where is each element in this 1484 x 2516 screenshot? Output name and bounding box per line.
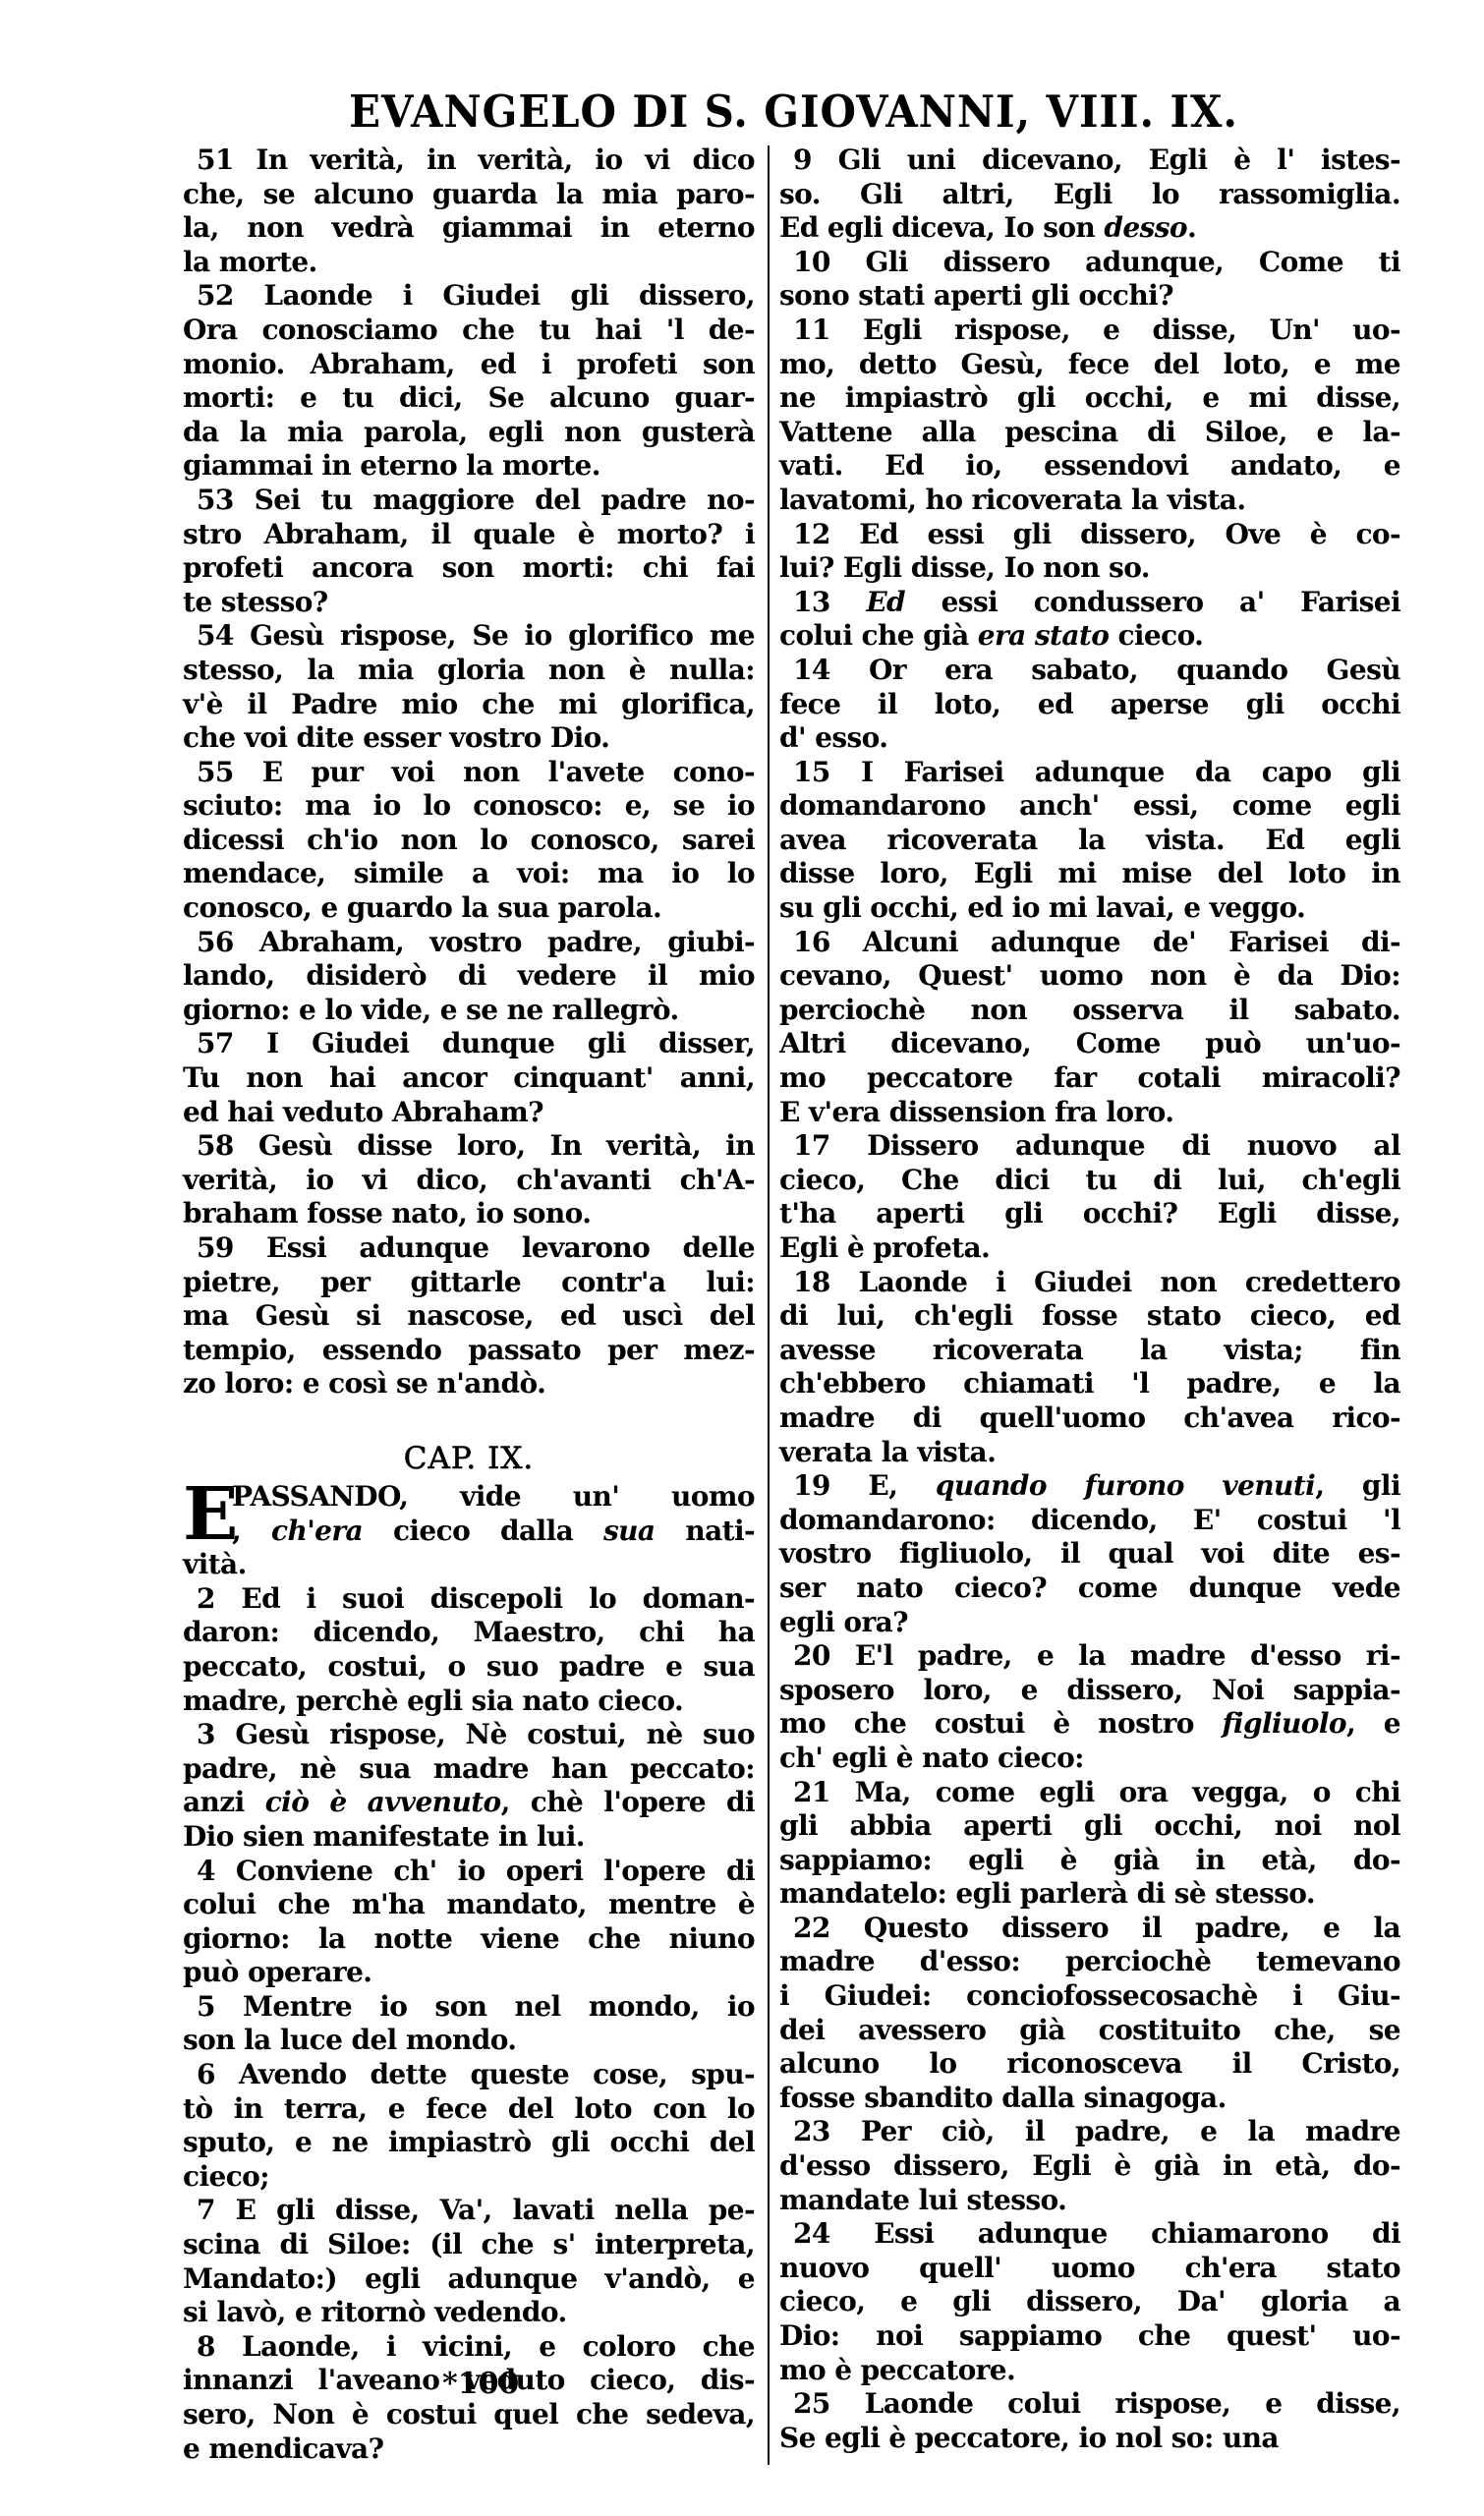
text-line: disse loro, Egli mi mise del loto in [779, 857, 1400, 891]
text-line: 54 Gesù rispose, Se io glorifico me [183, 619, 755, 654]
text-line: sciuto: ma io lo conosco: e, se io [183, 789, 755, 824]
text-line: Altri dicevano, Come può un'uo- [779, 1027, 1400, 1061]
text-line: alcuno lo riconosceva il Cristo, [779, 2047, 1400, 2082]
text-line: verata la vista. [779, 1436, 1400, 1470]
text-line: fece il loto, ed aperse gli occhi [779, 688, 1400, 722]
text-line: sappiamo: egli è già in età, do- [779, 1844, 1400, 1878]
text-line: che voi dite esser vostro Dio. [183, 721, 755, 756]
text-line: cieco, Che dici tu di lui, ch'egli [779, 1164, 1400, 1198]
text-line: perciochè non osserva il sabato. [779, 994, 1400, 1028]
text-line: mo che costui è nostro figliuolo, e [779, 1707, 1400, 1742]
text-line: cieco; [183, 2160, 755, 2195]
text-line: 19 E, quando furono venuti, gli [779, 1469, 1400, 1504]
text-line: E v'era dissension fra loro. [779, 1096, 1400, 1130]
text-line: vità. [183, 1548, 755, 1582]
text-line: e mendicava? [183, 2432, 755, 2467]
text-line: può operare. [183, 1956, 755, 1990]
text-line: ma Gesù si nascose, ed uscì del [183, 1299, 755, 1334]
text-line: fosse sbandito dalla sinagoga. [779, 2082, 1400, 2116]
text-line: scina di Siloe: (il che s' interpreta, [183, 2228, 755, 2262]
verses-john-9-20-25: ch' egli è nato cieco:21 Ma, come egli o… [779, 1742, 1400, 2455]
text-line: verità, io vi dico, ch'avanti ch'A- [183, 1164, 755, 1198]
text-line: sposero loro, e dissero, Noi sappia- [779, 1674, 1400, 1708]
drop-cap-initial: E [183, 1482, 238, 1547]
text-line: mo, detto Gesù, fece del loto, e me [779, 348, 1400, 382]
text-line: sono stati aperti gli occhi? [779, 279, 1400, 314]
text-line: i Giudei: conciofossecosachè i Giu- [779, 1979, 1400, 2014]
text-line: 5 Mentre io son nel mondo, io [183, 1990, 755, 2025]
text-line: mandate lui stesso. [779, 2184, 1400, 2218]
text-line: giorno: e lo vide, e se ne rallegrò. [183, 994, 755, 1028]
text-line: so. Gli altri, Egli lo rassomiglia. [779, 178, 1400, 212]
text-line: madre di quell'uomo ch'avea rico- [779, 1401, 1400, 1436]
text-line: 24 Essi adunque chiamarono di [779, 2217, 1400, 2252]
text-line: 13 Ed essi condussero a' Farisei [779, 586, 1400, 620]
text-line: sero, Non è costui quel che sedeva, [183, 2398, 755, 2432]
text-line: da la mia parola, egli non gusterà [183, 416, 755, 450]
text-line: Tu non hai ancor cinquant' anni, [183, 1061, 755, 1096]
text-line: Mandato:) egli adunque v'andò, e [183, 2262, 755, 2297]
text-line: giorno: la notte viene che niuno [183, 1922, 755, 1957]
text-line: 18 Laonde i Giudei non credettero [779, 1266, 1400, 1300]
text-line: colui che già era stato cieco. [779, 619, 1400, 654]
text-line: mo è peccatore. [779, 2354, 1400, 2388]
text-line: 52 Laonde i Giudei gli dissero, [183, 279, 755, 314]
text-line: d'esso dissero, Egli è già in età, do- [779, 2149, 1400, 2184]
right-column: 9 Gli uni dicevano, Egli è l' istes- so.… [779, 143, 1400, 2455]
text-line: 53 Sei tu maggiore del padre no- [183, 484, 755, 518]
text-line: 25 Laonde colui rispose, e disse, [779, 2387, 1400, 2422]
text-line: vostro figliuolo, il qual voi dite es- [779, 1537, 1400, 1572]
text-line: su gli occhi, ed io mi lavai, e veggo. [779, 891, 1400, 926]
text-line: ch' egli è nato cieco: [779, 1742, 1400, 1776]
text-line: 4 Conviene ch' io operi l'opere di [183, 1855, 755, 1889]
text-line: 57 I Giudei dunque gli disser, [183, 1027, 755, 1061]
text-line: ed hai veduto Abraham? [183, 1096, 755, 1130]
text-line: braham fosse nato, io sono. [183, 1197, 755, 1231]
text-line: 21 Ma, come egli ora vegga, o chi [779, 1776, 1400, 1810]
text-line: ne impiastrò gli occhi, e mi disse, [779, 381, 1400, 416]
text-line: 6 Avendo dette queste cose, spu- [183, 2058, 755, 2092]
text-line: profeti ancora son morti: chi fai [183, 551, 755, 586]
text-line: 7 E gli disse, Va', lavati nella pe- [183, 2194, 755, 2228]
text-line: madre d'esso: perciochè temevano [779, 1945, 1400, 1979]
text-line: 59 Essi adunque levarono delle [183, 1231, 755, 1266]
text-line: d' esso. [779, 721, 1400, 756]
text-line: 14 Or era sabato, quando Gesù [779, 654, 1400, 688]
text-line: , ch'era cieco dalla sua nati- [183, 1515, 755, 1549]
text-line: Ed egli diceva, Io son desso. [779, 211, 1400, 246]
text-line: 51 In verità, in verità, io vi dico [183, 143, 755, 178]
text-line: te stesso? [183, 586, 755, 620]
text-line: Ora conosciamo che tu hai 'l de- [183, 314, 755, 348]
text-line: mendace, simile a voi: ma io lo [183, 857, 755, 891]
verses-john-8-51-59: 51 In verità, in verità, io vi dicoche, … [183, 143, 755, 1401]
text-line: ser nato cieco? come dunque vede [779, 1572, 1400, 1606]
text-line: madre, perchè egli sia nato cieco. [183, 1685, 755, 1719]
text-line: dicessi ch'io non lo conosco, sarei [183, 824, 755, 858]
text-line: Se egli è peccatore, io nol so: una [779, 2422, 1400, 2456]
text-line: 3 Gesù rispose, Nè costui, nè suo [183, 1718, 755, 1752]
text-line: 17 Dissero adunque di nuovo al [779, 1129, 1400, 1164]
text-line: la, non vedrà giammai in eterno [183, 211, 755, 246]
text-line: conosco, e guardo la sua parola. [183, 891, 755, 926]
text-line: pietre, per gittarle contr'a lui: [183, 1266, 755, 1300]
text-line: avea ricoverata la vista. Ed egli [779, 824, 1400, 858]
text-line: si lavò, e ritornò vedendo. [183, 2296, 755, 2330]
text-line: peccato, costui, o suo padre e sua [183, 1650, 755, 1685]
text-line: ch'ebbero chiamati 'l padre, e la [779, 1367, 1400, 1401]
verses-john-9-14-18: 14 Or era sabato, quando Gesùfece il lot… [779, 654, 1400, 1469]
text-line: mandatelo: egli parlerà di sè stesso. [779, 1877, 1400, 1912]
text-line: egli ora? [779, 1606, 1400, 1640]
left-column: 51 In verità, in verità, io vi dicoche, … [183, 143, 755, 2466]
text-line: 20 E'l padre, e la madre d'esso ri- [779, 1639, 1400, 1674]
page-title: EVANGELO DI S. GIOVANNI, VIII. IX. [56, 85, 1484, 140]
text-line: vati. Ed io, essendovi andato, e [779, 449, 1400, 484]
text-line: padre, nè sua madre han peccato: [183, 1752, 755, 1787]
text-line: 11 Egli rispose, e disse, Un' uo- [779, 314, 1400, 348]
text-line: domandarono anch' essi, come egli [779, 789, 1400, 824]
text-line: giammai in eterno la morte. [183, 449, 755, 484]
text-line: dei avessero già costituito che, se [779, 2014, 1400, 2048]
text-line: anzi ciò è avvenuto, chè l'opere di [183, 1786, 755, 1820]
text-line: gli abbia aperti gli occhi, noi nol [779, 1809, 1400, 1844]
text-line: 58 Gesù disse loro, In verità, in [183, 1129, 755, 1164]
text-line: sputo, e ne impiastrò gli occhi del [183, 2126, 755, 2160]
text-line: 15 I Farisei adunque da capo gli [779, 756, 1400, 790]
text-line: t'ha aperti gli occhi? Egli disse, [779, 1197, 1400, 1231]
verses-john-9-10-12: 10 Gli dissero adunque, Come tisono stat… [779, 246, 1400, 586]
text-line: zo loro: e così se n'andò. [183, 1367, 755, 1401]
text-line: lui? Egli disse, Io non so. [779, 551, 1400, 586]
text-line: 23 Per ciò, il padre, e la madre [779, 2115, 1400, 2149]
text-line: la morte. [183, 246, 755, 280]
verses-john-9-1-3: vità.2 Ed i suoi discepoli lo doman-daro… [183, 1548, 755, 1786]
text-line: lavatomi, ho ricoverata la vista. [779, 484, 1400, 518]
text-line: v'è il Padre mio che mi glorifica, [183, 688, 755, 722]
text-line: domandarono: dicendo, E' costui 'l [779, 1504, 1400, 1538]
text-line: 55 E pur voi non l'avete cono- [183, 756, 755, 790]
text-line: morti: e tu dici, Se alcuno guar- [183, 381, 755, 416]
text-line: 10 Gli dissero adunque, Come ti [779, 246, 1400, 280]
text-line: 2 Ed i suoi discepoli lo doman- [183, 1582, 755, 1617]
chapter-opening: E PASSANDO, vide un' uomo , ch'era cieco… [183, 1480, 755, 1548]
text-line: 56 Abraham, vostro padre, giubi- [183, 926, 755, 960]
text-line: mo peccatore far cotali miracoli? [779, 1061, 1400, 1096]
text-line: son la luce del mondo. [183, 2024, 755, 2058]
chapter-heading: CAP. IX. [183, 1437, 755, 1480]
signature-mark: *100 [442, 2367, 519, 2401]
text-line: 16 Alcuni adunque de' Farisei di- [779, 926, 1400, 960]
text-line: Egli è profeta. [779, 1231, 1400, 1266]
column-divider-rule [768, 145, 770, 2465]
text-line: 9 Gli uni dicevano, Egli è l' istes- [779, 143, 1400, 178]
text-line: cieco, e gli dissero, Da' gloria a [779, 2285, 1400, 2319]
text-line: Vattene alla pescina di Siloe, e la- [779, 416, 1400, 450]
text-line: nuovo quell' uomo ch'era stato [779, 2252, 1400, 2286]
text-line: PASSANDO, vide un' uomo [183, 1480, 755, 1515]
text-line: stro Abraham, il quale è morto? i [183, 518, 755, 552]
text-line: 8 Laonde, i vicini, e coloro che [183, 2330, 755, 2365]
text-line: colui che m'ha mandato, mentre è [183, 1888, 755, 1922]
text-line: stesso, la mia gloria non è nulla: [183, 654, 755, 688]
text-line: lando, disiderò di vedere il mio [183, 959, 755, 994]
text-line: avesse ricoverata la vista; fin [779, 1334, 1400, 1368]
text-line: tempio, essendo passato per mez- [183, 1334, 755, 1368]
text-line: monio. Abraham, ed i profeti son [183, 348, 755, 382]
text-line: Dio sien manifestate in lui. [183, 1820, 755, 1855]
text-line: di lui, ch'egli fosse stato cieco, ed [779, 1299, 1400, 1334]
text-line: cevano, Quest' uomo non è da Dio: [779, 959, 1400, 994]
text-line: 22 Questo dissero il padre, e la [779, 1912, 1400, 1946]
text-line: daron: dicendo, Maestro, chi ha [183, 1616, 755, 1650]
text-line: Dio: noi sappiamo che quest' uo- [779, 2319, 1400, 2354]
text-line: tò in terra, e fece del loto con lo [183, 2092, 755, 2127]
text-line: che, se alcuno guarda la mia paro- [183, 178, 755, 212]
text-line: 12 Ed essi gli dissero, Ove è co- [779, 518, 1400, 552]
